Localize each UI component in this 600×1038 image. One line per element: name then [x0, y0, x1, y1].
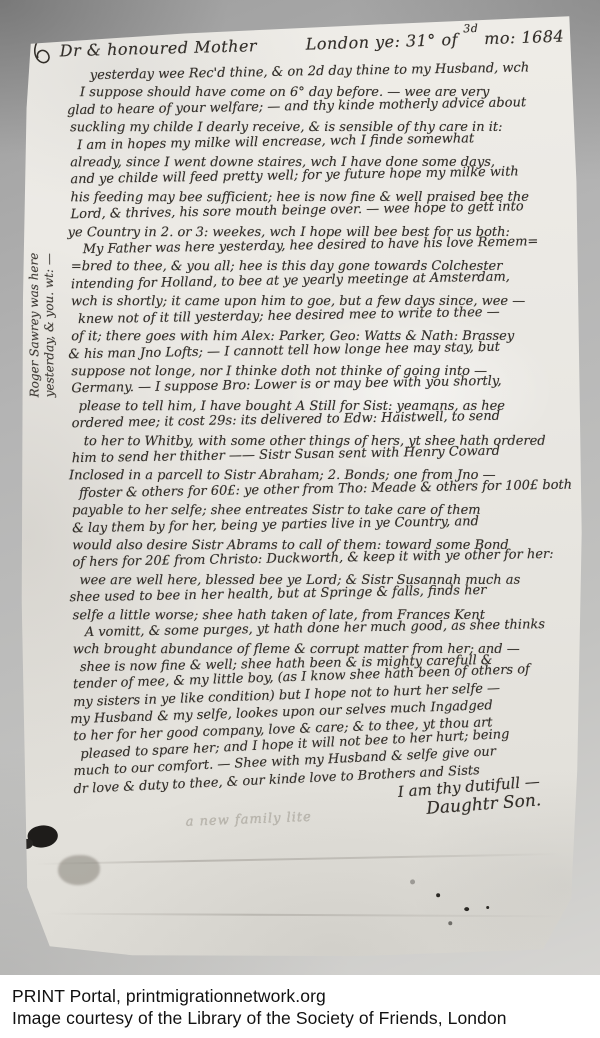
dateline-prefix: London ye: 31° of: [305, 30, 463, 54]
dateline-superscript: 3d: [463, 22, 478, 35]
caption-credit: Image courtesy of the Library of the Soc…: [12, 1007, 600, 1029]
dateline-suffix: mo: 1684: [478, 27, 564, 49]
marginal-note-line: yesterday, & you. wt: —: [41, 97, 58, 397]
salutation: Dr & honoured Mother: [59, 36, 257, 60]
letter-sheet: Dr & honoured Mother London ye: 31° of 3…: [14, 11, 589, 964]
ink-speck: [410, 879, 415, 884]
screenshot: Dr & honoured Mother London ye: 31° of 3…: [0, 0, 600, 1038]
smudge-stain: [58, 855, 100, 885]
marginal-note: Roger Sawrey was here yesterday, & you. …: [26, 97, 58, 397]
marginal-note-line: Roger Sawrey was here: [26, 97, 43, 397]
ink-speck: [486, 906, 489, 909]
crease-line: [47, 913, 560, 918]
pencil-annotation: a new family lite: [185, 810, 312, 830]
ink-speck: [448, 921, 452, 925]
dateline: London ye: 31° of 3d mo: 1684: [305, 25, 564, 53]
letter-body: yesterday wee Rec'd thine, & on 2d day t…: [70, 65, 580, 799]
letter-line: yesterday wee Rec'd thine, & on 2d day t…: [90, 59, 576, 85]
ink-blot: [26, 822, 60, 850]
ink-speck: [436, 893, 440, 897]
caption-bar: PRINT Portal, printmigrationnetwork.org …: [0, 975, 600, 1038]
caption-source: PRINT Portal, printmigrationnetwork.org: [12, 985, 600, 1007]
ink-speck: [464, 907, 469, 911]
scan-background: Dr & honoured Mother London ye: 31° of 3…: [0, 0, 600, 975]
crease-line: [35, 853, 559, 865]
